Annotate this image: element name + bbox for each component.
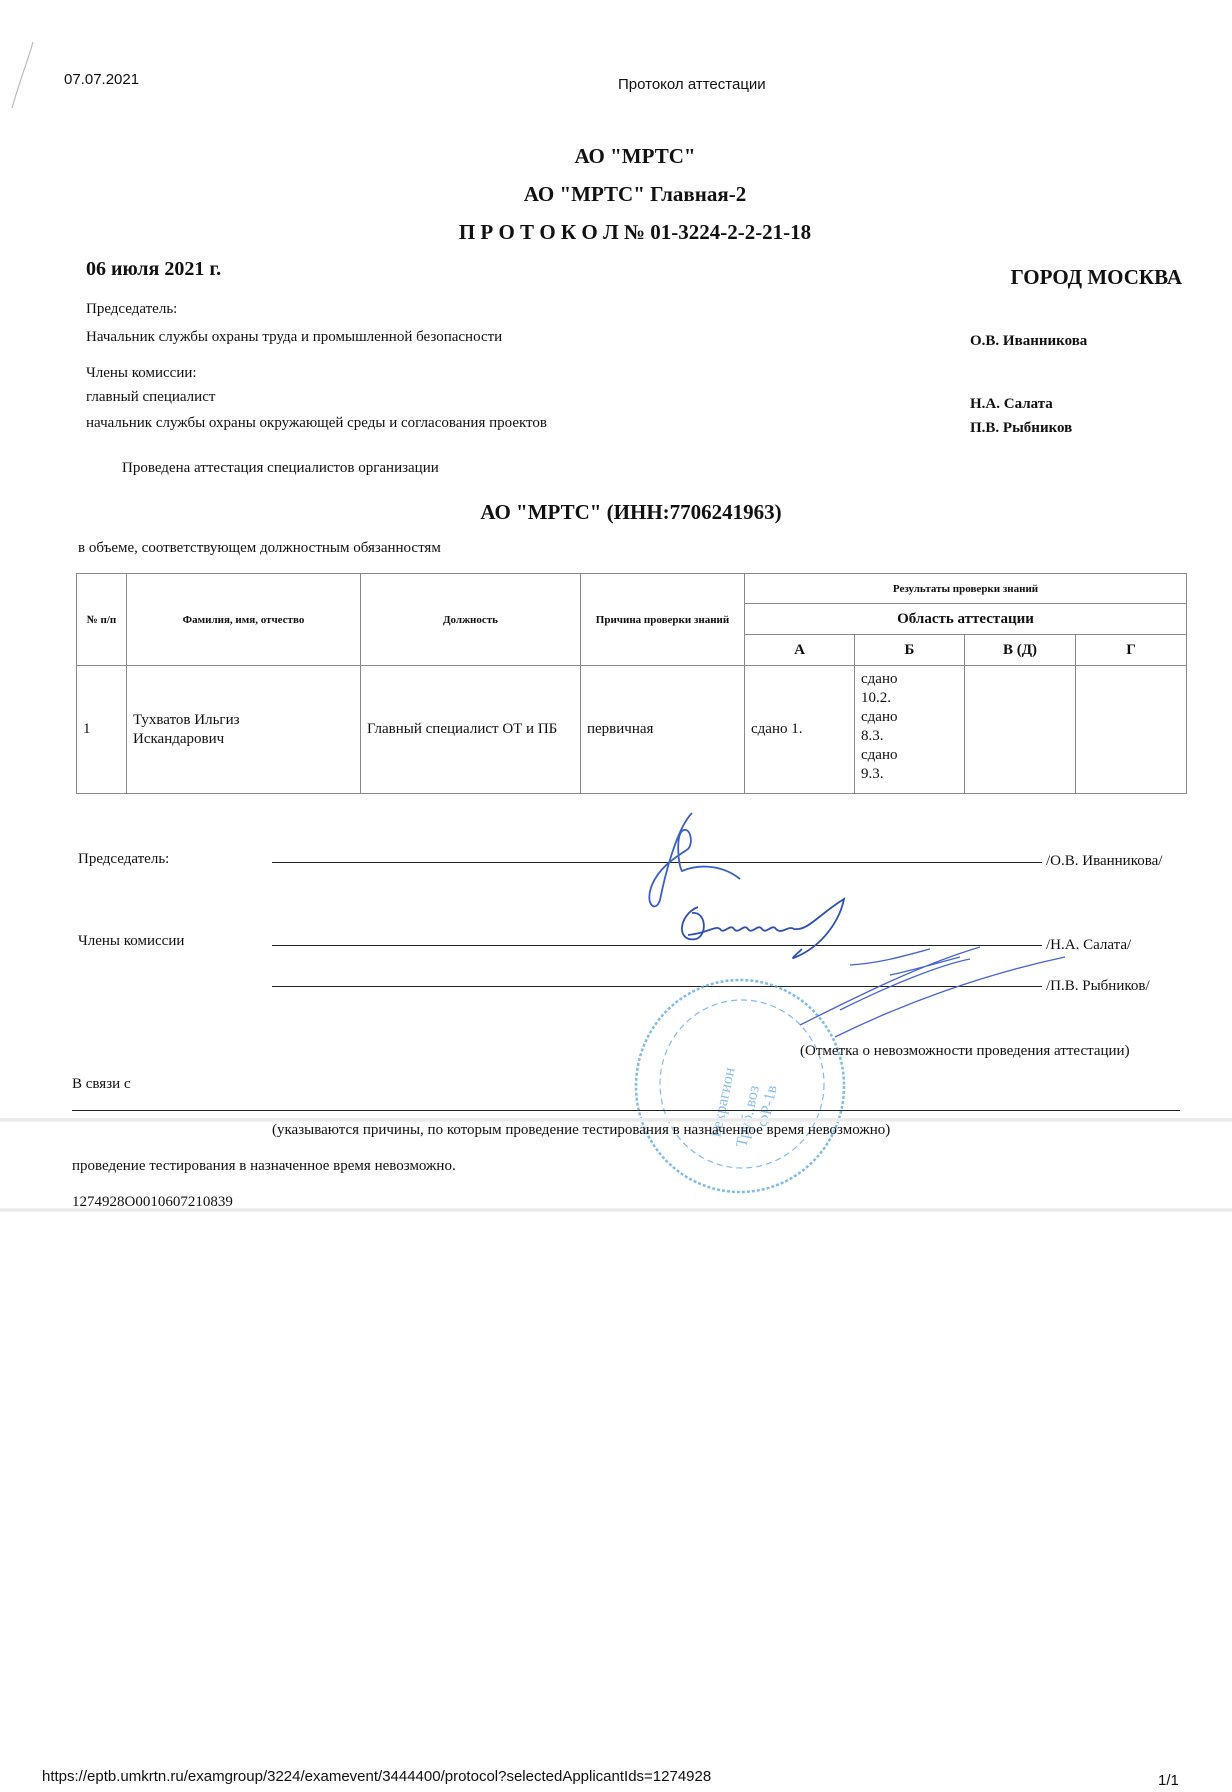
- attestation-scope: в объеме, соответствующем должностным об…: [78, 540, 441, 557]
- header-area-b: Б: [855, 635, 965, 666]
- member-position: главный специалист: [86, 389, 215, 406]
- results-table: № п/п Фамилия, имя, отчество Должность П…: [76, 573, 1187, 794]
- header-num: № п/п: [77, 574, 127, 666]
- scan-fold: [0, 1208, 1232, 1212]
- impossibility-reason-line: [72, 1110, 1180, 1111]
- members-label: Члены комиссии:: [86, 365, 197, 382]
- header-fio: Фамилия, имя, отчество: [127, 574, 361, 666]
- impossibility-conclusion: проведение тестирования в назначенное вр…: [72, 1158, 456, 1175]
- header-area: Область аттестации: [745, 604, 1187, 635]
- result-line: 10.2.: [861, 689, 958, 708]
- city: ГОРОД МОСКВА: [1010, 265, 1182, 290]
- cell-area-b: сдано 10.2. сдано 8.3. сдано 9.3.: [855, 666, 965, 794]
- cell-num: 1: [77, 666, 127, 794]
- member-position: начальник службы охраны окружающей среды…: [86, 415, 547, 432]
- result-line: 8.3.: [861, 727, 958, 746]
- header-area-a: А: [745, 635, 855, 666]
- result-line: сдано: [861, 670, 958, 689]
- table-row: 1 Тухватов Ильгиз Искандарович Главный с…: [77, 666, 1187, 794]
- cell-reason: первичная: [581, 666, 745, 794]
- header-reason: Причина проверки знаний: [581, 574, 745, 666]
- cell-area-a: сдано 1.: [745, 666, 855, 794]
- member2-signature: [780, 935, 1080, 1040]
- header-area-g: Г: [1076, 635, 1187, 666]
- sign-members-label: Члены комиссии: [78, 933, 184, 950]
- chairman-position: Начальник службы охраны труда и промышле…: [86, 329, 502, 346]
- result-line: сдано: [861, 746, 958, 765]
- impossibility-label: В связи с: [72, 1076, 131, 1093]
- sign-chairman-name: /О.В. Иванникова/: [1046, 853, 1162, 870]
- member-name: П.В. Рыбников: [970, 420, 1072, 437]
- cell-area-g: [1076, 666, 1187, 794]
- attestation-intro: Проведена аттестация специалистов органи…: [122, 460, 439, 477]
- result-line: сдано: [861, 708, 958, 727]
- cell-fio: Тухватов Ильгиз Искандарович: [127, 666, 361, 794]
- print-date: 07.07.2021: [64, 71, 139, 88]
- header-position: Должность: [361, 574, 581, 666]
- organization-branch-title: АО "МРТС" Главная-2: [0, 182, 1232, 207]
- cell-area-v: [965, 666, 1076, 794]
- protocol-date: 06 июля 2021 г.: [86, 258, 221, 281]
- header-results: Результаты проверки знаний: [745, 574, 1187, 604]
- chairman-label: Председатель:: [86, 301, 177, 318]
- impossibility-note: (Отметка о невозможности проведения атте…: [800, 1043, 1130, 1060]
- organization-title: АО "МРТС": [0, 144, 1232, 169]
- result-line: 9.3.: [861, 765, 958, 784]
- page-url: https://eptb.umkrtn.ru/examgroup/3224/ex…: [42, 1768, 711, 1785]
- print-title: Протокол аттестации: [618, 76, 766, 93]
- member-name: Н.А. Салата: [970, 396, 1053, 413]
- page-count: 1/1: [1158, 1772, 1179, 1789]
- impossibility-hint: (указываются причины, по которым проведе…: [272, 1122, 890, 1139]
- cell-position: Главный специалист ОТ и ПБ: [361, 666, 581, 794]
- attested-organization: АО "МРТС" (ИНН:7706241963): [0, 500, 1232, 525]
- protocol-number: П Р О Т О К О Л № 01-3224-2-2-21-18: [0, 220, 1232, 245]
- chairman-name: О.В. Иванникова: [970, 333, 1087, 350]
- header-area-v: В (Д): [965, 635, 1076, 666]
- scan-artifact-mark: [8, 40, 38, 110]
- sign-chairman-label: Председатель:: [78, 851, 169, 868]
